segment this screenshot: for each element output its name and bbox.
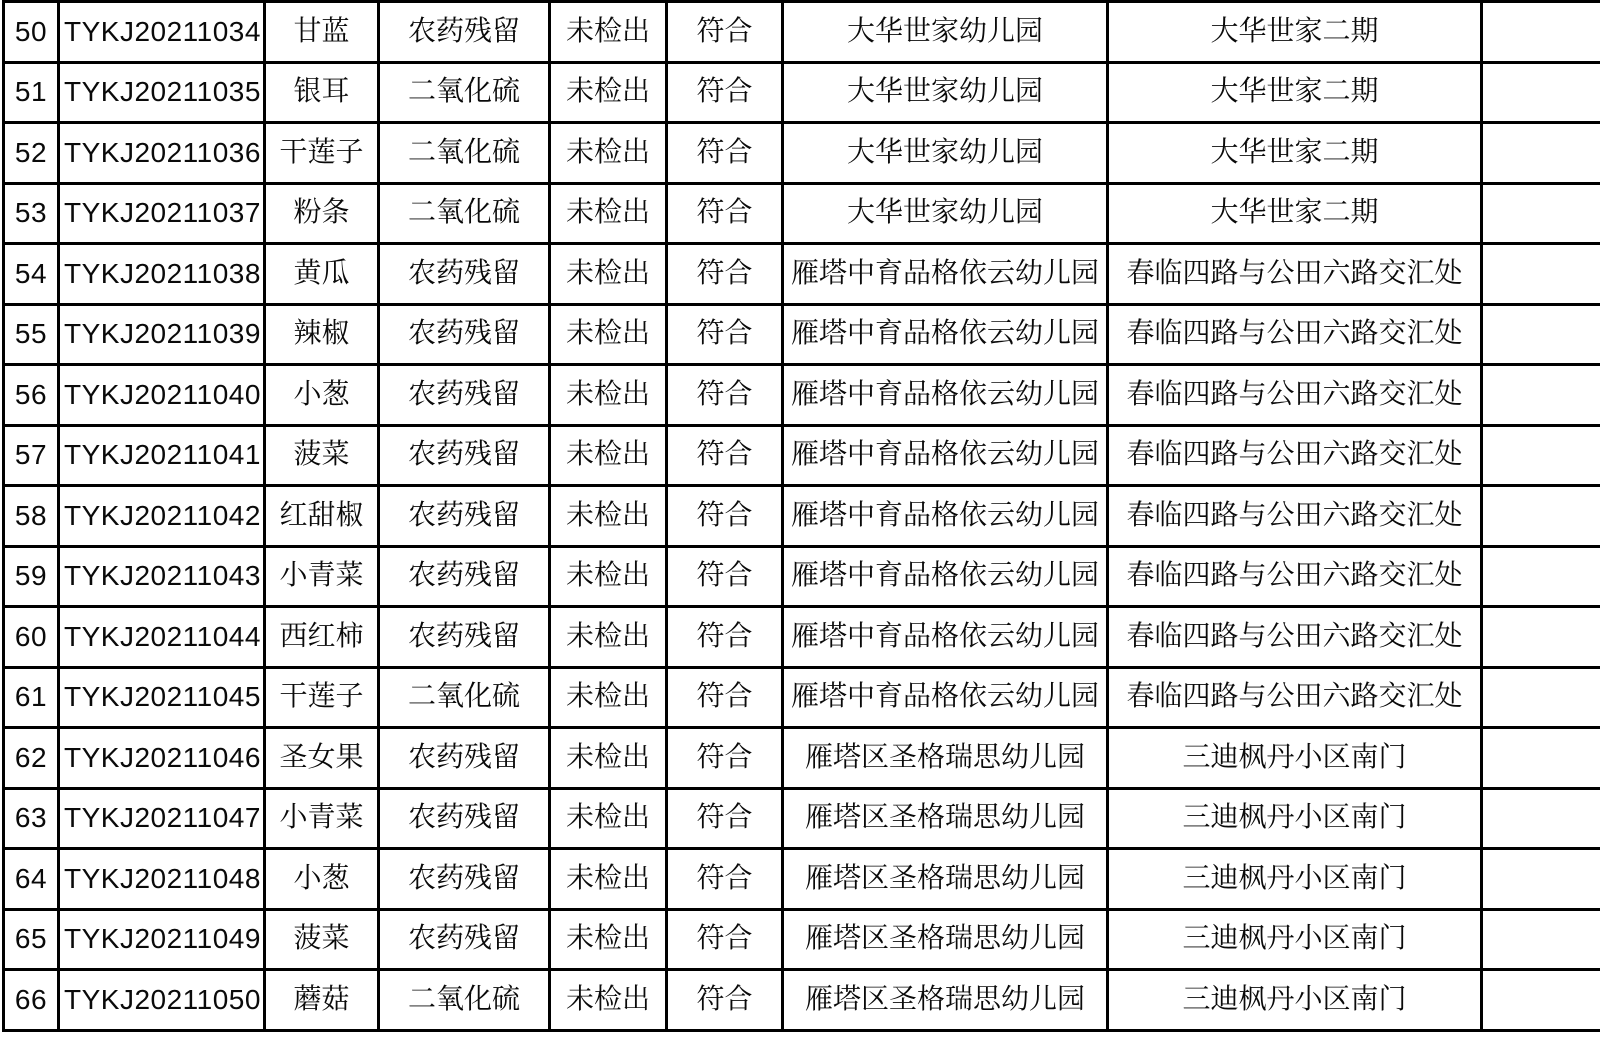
cell-conclusion: 符合 — [667, 183, 783, 244]
cell-test-result: 未检出 — [550, 123, 667, 184]
cell-conclusion: 符合 — [667, 728, 783, 789]
cell-test-result: 未检出 — [550, 365, 667, 426]
cell-row-number: 59 — [4, 546, 59, 607]
cell-remark — [1482, 546, 1600, 607]
table-row: 66 TYKJ20211050 蘑菇 二氧化硫 未检出 符合 雁塔区圣格瑞思幼儿… — [4, 970, 1600, 1031]
inspection-table-body: 50 TYKJ20211034 甘蓝 农药残留 未检出 符合 大华世家幼儿园 大… — [4, 2, 1600, 1031]
cell-institution: 大华世家幼儿园 — [783, 62, 1108, 123]
cell-sample-name: 小青菜 — [265, 788, 379, 849]
cell-institution: 雁塔区圣格瑞思幼儿园 — [783, 728, 1108, 789]
table-row: 53 TYKJ20211037 粉条 二氧化硫 未检出 符合 大华世家幼儿园 大… — [4, 183, 1600, 244]
cell-conclusion: 符合 — [667, 62, 783, 123]
cell-sample-name: 蘑菇 — [265, 970, 379, 1031]
cell-sample-name: 黄瓜 — [265, 244, 379, 305]
cell-row-number: 61 — [4, 667, 59, 728]
cell-sample-id: TYKJ20211046 — [59, 728, 265, 789]
table-row: 63 TYKJ20211047 小青菜 农药残留 未检出 符合 雁塔区圣格瑞思幼… — [4, 788, 1600, 849]
table-row: 57 TYKJ20211041 菠菜 农药残留 未检出 符合 雁塔中育品格依云幼… — [4, 425, 1600, 486]
cell-institution: 雁塔中育品格依云幼儿园 — [783, 607, 1108, 668]
cell-sample-id: TYKJ20211034 — [59, 2, 265, 63]
table-row: 65 TYKJ20211049 菠菜 农药残留 未检出 符合 雁塔区圣格瑞思幼儿… — [4, 909, 1600, 970]
cell-remark — [1482, 486, 1600, 547]
cell-sample-id: TYKJ20211049 — [59, 909, 265, 970]
cell-sample-id: TYKJ20211048 — [59, 849, 265, 910]
cell-address: 春临四路与公田六路交汇处 — [1108, 667, 1482, 728]
cell-row-number: 54 — [4, 244, 59, 305]
cell-row-number: 62 — [4, 728, 59, 789]
cell-row-number: 50 — [4, 2, 59, 63]
cell-test-item: 二氧化硫 — [379, 183, 550, 244]
cell-sample-name: 菠菜 — [265, 909, 379, 970]
cell-row-number: 56 — [4, 365, 59, 426]
cell-row-number: 51 — [4, 62, 59, 123]
cell-sample-name: 甘蓝 — [265, 2, 379, 63]
cell-remark — [1482, 909, 1600, 970]
cell-address: 大华世家二期 — [1108, 123, 1482, 184]
cell-institution: 雁塔中育品格依云幼儿园 — [783, 304, 1108, 365]
cell-conclusion: 符合 — [667, 788, 783, 849]
cell-test-result: 未检出 — [550, 970, 667, 1031]
cell-sample-id: TYKJ20211039 — [59, 304, 265, 365]
table-row: 59 TYKJ20211043 小青菜 农药残留 未检出 符合 雁塔中育品格依云… — [4, 546, 1600, 607]
cell-institution: 大华世家幼儿园 — [783, 123, 1108, 184]
cell-sample-name: 干莲子 — [265, 667, 379, 728]
cell-remark — [1482, 970, 1600, 1031]
cell-sample-id: TYKJ20211043 — [59, 546, 265, 607]
cell-sample-id: TYKJ20211045 — [59, 667, 265, 728]
cell-row-number: 57 — [4, 425, 59, 486]
cell-remark — [1482, 183, 1600, 244]
cell-test-item: 农药残留 — [379, 788, 550, 849]
cell-test-item: 农药残留 — [379, 546, 550, 607]
cell-address: 春临四路与公田六路交汇处 — [1108, 607, 1482, 668]
cell-row-number: 53 — [4, 183, 59, 244]
cell-institution: 雁塔区圣格瑞思幼儿园 — [783, 788, 1108, 849]
cell-test-result: 未检出 — [550, 788, 667, 849]
cell-row-number: 66 — [4, 970, 59, 1031]
cell-test-result: 未检出 — [550, 607, 667, 668]
cell-remark — [1482, 62, 1600, 123]
cell-remark — [1482, 123, 1600, 184]
cell-test-result: 未检出 — [550, 2, 667, 63]
cell-sample-id: TYKJ20211047 — [59, 788, 265, 849]
cell-conclusion: 符合 — [667, 486, 783, 547]
cell-sample-name: 粉条 — [265, 183, 379, 244]
cell-test-result: 未检出 — [550, 667, 667, 728]
cell-sample-name: 银耳 — [265, 62, 379, 123]
table-row: 54 TYKJ20211038 黄瓜 农药残留 未检出 符合 雁塔中育品格依云幼… — [4, 244, 1600, 305]
cell-remark — [1482, 365, 1600, 426]
food-safety-inspection-table: 50 TYKJ20211034 甘蓝 农药残留 未检出 符合 大华世家幼儿园 大… — [2, 0, 1600, 1032]
table-row: 62 TYKJ20211046 圣女果 农药残留 未检出 符合 雁塔区圣格瑞思幼… — [4, 728, 1600, 789]
cell-conclusion: 符合 — [667, 607, 783, 668]
cell-institution: 雁塔中育品格依云幼儿园 — [783, 244, 1108, 305]
cell-conclusion: 符合 — [667, 365, 783, 426]
cell-conclusion: 符合 — [667, 909, 783, 970]
cell-row-number: 64 — [4, 849, 59, 910]
cell-remark — [1482, 728, 1600, 789]
cell-address: 春临四路与公田六路交汇处 — [1108, 244, 1482, 305]
cell-address: 三迪枫丹小区南门 — [1108, 909, 1482, 970]
cell-row-number: 55 — [4, 304, 59, 365]
cell-sample-id: TYKJ20211037 — [59, 183, 265, 244]
cell-test-result: 未检出 — [550, 546, 667, 607]
cell-address: 大华世家二期 — [1108, 183, 1482, 244]
cell-institution: 雁塔中育品格依云幼儿园 — [783, 425, 1108, 486]
cell-institution: 大华世家幼儿园 — [783, 2, 1108, 63]
table-row: 55 TYKJ20211039 辣椒 农药残留 未检出 符合 雁塔中育品格依云幼… — [4, 304, 1600, 365]
cell-test-item: 二氧化硫 — [379, 970, 550, 1031]
cell-institution: 雁塔中育品格依云幼儿园 — [783, 365, 1108, 426]
cell-test-item: 农药残留 — [379, 2, 550, 63]
cell-sample-id: TYKJ20211038 — [59, 244, 265, 305]
cell-conclusion: 符合 — [667, 970, 783, 1031]
cell-address: 春临四路与公田六路交汇处 — [1108, 365, 1482, 426]
cell-test-item: 农药残留 — [379, 304, 550, 365]
cell-test-item: 二氧化硫 — [379, 123, 550, 184]
cell-sample-id: TYKJ20211042 — [59, 486, 265, 547]
cell-test-item: 二氧化硫 — [379, 62, 550, 123]
cell-test-item: 农药残留 — [379, 849, 550, 910]
cell-remark — [1482, 244, 1600, 305]
cell-address: 三迪枫丹小区南门 — [1108, 970, 1482, 1031]
cell-row-number: 52 — [4, 123, 59, 184]
cell-address: 春临四路与公田六路交汇处 — [1108, 304, 1482, 365]
cell-address: 三迪枫丹小区南门 — [1108, 849, 1482, 910]
cell-institution: 雁塔中育品格依云幼儿园 — [783, 667, 1108, 728]
cell-test-item: 农药残留 — [379, 365, 550, 426]
cell-institution: 大华世家幼儿园 — [783, 183, 1108, 244]
table-row: 64 TYKJ20211048 小葱 农药残留 未检出 符合 雁塔区圣格瑞思幼儿… — [4, 849, 1600, 910]
cell-test-result: 未检出 — [550, 486, 667, 547]
cell-remark — [1482, 304, 1600, 365]
cell-conclusion: 符合 — [667, 244, 783, 305]
cell-sample-name: 辣椒 — [265, 304, 379, 365]
table-row: 51 TYKJ20211035 银耳 二氧化硫 未检出 符合 大华世家幼儿园 大… — [4, 62, 1600, 123]
cell-address: 春临四路与公田六路交汇处 — [1108, 486, 1482, 547]
cell-conclusion: 符合 — [667, 849, 783, 910]
cell-test-item: 二氧化硫 — [379, 667, 550, 728]
cell-institution: 雁塔区圣格瑞思幼儿园 — [783, 849, 1108, 910]
cell-remark — [1482, 788, 1600, 849]
cell-test-result: 未检出 — [550, 849, 667, 910]
cell-conclusion: 符合 — [667, 667, 783, 728]
cell-sample-name: 红甜椒 — [265, 486, 379, 547]
cell-remark — [1482, 2, 1600, 63]
cell-test-result: 未检出 — [550, 304, 667, 365]
cell-sample-id: TYKJ20211035 — [59, 62, 265, 123]
cell-conclusion: 符合 — [667, 304, 783, 365]
table-row: 61 TYKJ20211045 干莲子 二氧化硫 未检出 符合 雁塔中育品格依云… — [4, 667, 1600, 728]
cell-address: 大华世家二期 — [1108, 62, 1482, 123]
cell-test-item: 农药残留 — [379, 728, 550, 789]
cell-conclusion: 符合 — [667, 425, 783, 486]
cell-test-result: 未检出 — [550, 62, 667, 123]
cell-address: 三迪枫丹小区南门 — [1108, 728, 1482, 789]
cell-sample-name: 菠菜 — [265, 425, 379, 486]
table-row: 56 TYKJ20211040 小葱 农药残留 未检出 符合 雁塔中育品格依云幼… — [4, 365, 1600, 426]
cell-test-item: 农药残留 — [379, 244, 550, 305]
cell-sample-id: TYKJ20211040 — [59, 365, 265, 426]
table-row: 58 TYKJ20211042 红甜椒 农药残留 未检出 符合 雁塔中育品格依云… — [4, 486, 1600, 547]
cell-sample-name: 圣女果 — [265, 728, 379, 789]
cell-sample-name: 小葱 — [265, 365, 379, 426]
cell-institution: 雁塔中育品格依云幼儿园 — [783, 546, 1108, 607]
cell-row-number: 63 — [4, 788, 59, 849]
cell-sample-name: 西红柿 — [265, 607, 379, 668]
cell-address: 春临四路与公田六路交汇处 — [1108, 425, 1482, 486]
cell-remark — [1482, 667, 1600, 728]
cell-test-result: 未检出 — [550, 909, 667, 970]
cell-test-result: 未检出 — [550, 183, 667, 244]
cell-sample-id: TYKJ20211041 — [59, 425, 265, 486]
cell-row-number: 60 — [4, 607, 59, 668]
cell-conclusion: 符合 — [667, 123, 783, 184]
cell-test-item: 农药残留 — [379, 486, 550, 547]
cell-test-result: 未检出 — [550, 728, 667, 789]
report-page: 50 TYKJ20211034 甘蓝 农药残留 未检出 符合 大华世家幼儿园 大… — [2, 0, 1600, 1040]
cell-test-item: 农药残留 — [379, 607, 550, 668]
table-row: 60 TYKJ20211044 西红柿 农药残留 未检出 符合 雁塔中育品格依云… — [4, 607, 1600, 668]
cell-institution: 雁塔中育品格依云幼儿园 — [783, 486, 1108, 547]
cell-institution: 雁塔区圣格瑞思幼儿园 — [783, 970, 1108, 1031]
cell-test-result: 未检出 — [550, 425, 667, 486]
cell-remark — [1482, 607, 1600, 668]
cell-test-item: 农药残留 — [379, 425, 550, 486]
cell-row-number: 65 — [4, 909, 59, 970]
cell-sample-id: TYKJ20211036 — [59, 123, 265, 184]
cell-row-number: 58 — [4, 486, 59, 547]
cell-address: 春临四路与公田六路交汇处 — [1108, 546, 1482, 607]
cell-sample-name: 小葱 — [265, 849, 379, 910]
cell-address: 大华世家二期 — [1108, 2, 1482, 63]
cell-remark — [1482, 849, 1600, 910]
cell-sample-name: 干莲子 — [265, 123, 379, 184]
cell-test-item: 农药残留 — [379, 909, 550, 970]
cell-conclusion: 符合 — [667, 2, 783, 63]
cell-sample-id: TYKJ20211050 — [59, 970, 265, 1031]
cell-test-result: 未检出 — [550, 244, 667, 305]
cell-conclusion: 符合 — [667, 546, 783, 607]
table-row: 52 TYKJ20211036 干莲子 二氧化硫 未检出 符合 大华世家幼儿园 … — [4, 123, 1600, 184]
cell-sample-name: 小青菜 — [265, 546, 379, 607]
cell-institution: 雁塔区圣格瑞思幼儿园 — [783, 909, 1108, 970]
cell-address: 三迪枫丹小区南门 — [1108, 788, 1482, 849]
table-row: 50 TYKJ20211034 甘蓝 农药残留 未检出 符合 大华世家幼儿园 大… — [4, 2, 1600, 63]
cell-sample-id: TYKJ20211044 — [59, 607, 265, 668]
cell-remark — [1482, 425, 1600, 486]
